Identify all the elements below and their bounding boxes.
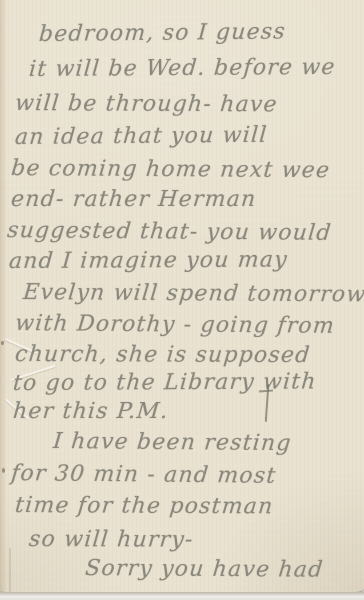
- letter-line: end- rather Herman: [10, 187, 258, 212]
- letter-line: it will be Wed. before we: [28, 55, 337, 82]
- letter-line: bedroom, so I guess: [38, 19, 287, 47]
- letter-line: Evelyn will spend tomorrow: [22, 280, 364, 307]
- paper-speck: [2, 468, 5, 473]
- letter-line: church, she is supposed: [14, 342, 312, 368]
- letter-line: Sorry you have had: [84, 556, 325, 583]
- letter-line: suggested that- you would: [6, 218, 333, 246]
- letter-line: with Dorothy - going from: [14, 311, 336, 339]
- stray-pen-mark: [257, 383, 276, 424]
- paper-speck: [1, 341, 4, 345]
- letter-line: and I imagine you may: [8, 248, 289, 274]
- paper-left-edge-shadow: [0, 0, 7, 592]
- letter-page: bedroom, so I guess it will be Wed. befo…: [0, 0, 364, 592]
- letter-line: will be through- have: [14, 91, 279, 117]
- scan-background-below-paper: [0, 592, 364, 600]
- letter-line: an idea that you will: [14, 123, 268, 150]
- letter-line: be coming home next wee: [10, 156, 331, 183]
- letter-line: I have been resting: [52, 429, 293, 456]
- letter-line: her this P.M.: [12, 399, 170, 424]
- letter-line: time for the postman: [14, 493, 275, 519]
- letter-line: so will hurry-: [28, 527, 195, 553]
- paper-crease: [9, 548, 11, 592]
- letter-line: for 30 min - and most: [10, 461, 278, 489]
